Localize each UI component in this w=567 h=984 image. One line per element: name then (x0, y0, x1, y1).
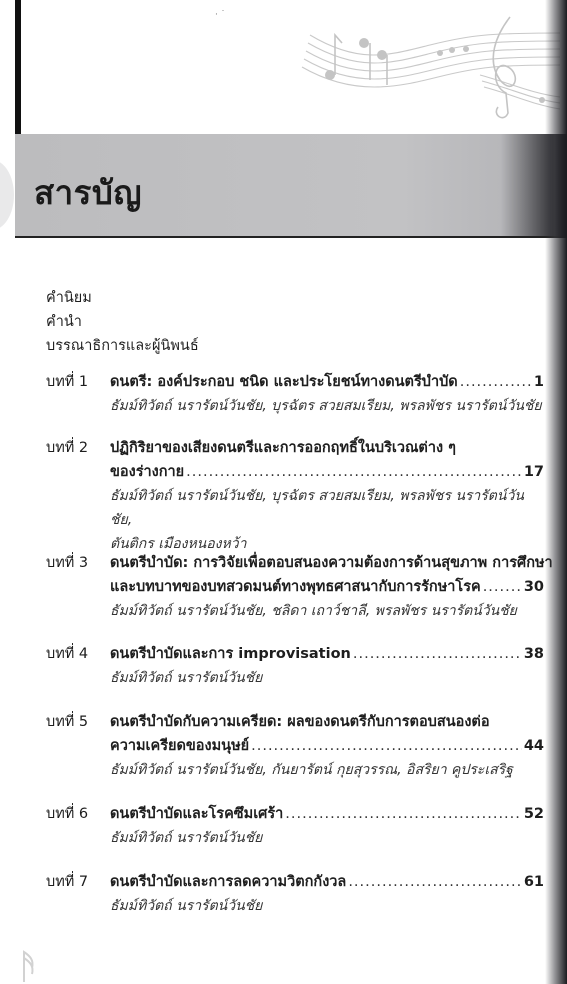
chapter-title: ดนตรีบำบัดและการ improvisation .........… (110, 642, 544, 666)
table-of-contents: คำนิยม คำนำ บรรณาธิการและผู้นิพนธ์ บทที่… (46, 286, 546, 358)
chapter-authors: ธัมม์ทิวัตถ์ นรารัตน์วันชัย (110, 826, 544, 850)
page-number: 61 (524, 870, 544, 894)
chapter-title-cont: ความเครียดของมนุษย์ ....................… (110, 734, 544, 758)
toc-item-editors[interactable]: บรรณาธิการและผู้นิพนธ์ (46, 334, 546, 358)
chapter-label: บทที่ 4 (46, 642, 88, 666)
chapter-title-cont: และบทบาทของบทสวดมนต์ทางพุทธศาสนากับการรั… (110, 575, 544, 599)
music-note-icon (14, 948, 44, 984)
toc-item-preface[interactable]: คำนำ (46, 310, 546, 334)
dot-leader: ........................................… (348, 870, 522, 894)
chapter-label: บทที่ 2 (46, 436, 88, 460)
chapter-title: ดนตรีบำบัด: การวิจัยเพื่อตอบสนองความต้อง… (110, 551, 544, 575)
chapter-authors: ธัมม์ทิวัตถ์ นรารัตน์วันชัย (110, 894, 544, 918)
decorative-circle (0, 160, 14, 230)
chapter-title-cont: ของร่างกาย .............................… (110, 460, 544, 484)
toc-item-foreword[interactable]: คำนิยม (46, 286, 546, 310)
chapter-authors: ธัมม์ทิวัตถ์ นรารัตน์วันชัย, บุรฉัตร สวย… (110, 394, 544, 418)
chapter-authors: ธัมม์ทิวัตถ์ นรารัตน์วันชัย, บุรฉัตร สวย… (110, 484, 544, 532)
page-gutter-shadow (545, 0, 567, 984)
dot-leader: ........................................… (186, 460, 522, 484)
page-title: สารบัญ (34, 166, 142, 219)
chapter-label: บทที่ 1 (46, 370, 88, 394)
page-number: 1 (534, 370, 544, 394)
chapter-title: ดนตรี: องค์ประกอบ ชนิด และประโยชน์ทางดนต… (110, 370, 544, 394)
page-number: 17 (524, 460, 544, 484)
page-number: 30 (524, 575, 544, 599)
chapter-title: ดนตรีบำบัดและโรคซึมเศร้า ...............… (110, 802, 544, 826)
page-number: 44 (524, 734, 544, 758)
chapter-label: บทที่ 3 (46, 551, 88, 575)
dot-leader: ........................................… (353, 642, 522, 666)
dot-leader: ........................................… (285, 802, 522, 826)
chapter-authors: ธัมม์ทิวัตถ์ นรารัตน์วันชัย, ชลิดา เถาว์… (110, 599, 544, 623)
dot-leader: ........................................… (251, 734, 522, 758)
chapter-label: บทที่ 5 (46, 710, 88, 734)
chapter-title: ดนตรีบำบัดกับความเครียด: ผลของดนตรีกับกา… (110, 710, 544, 734)
chapter-authors: ธัมม์ทิวัตถ์ นรารัตน์วันชัย (110, 666, 544, 690)
scan-specks: · ˙ (215, 10, 225, 20)
page-number: 38 (524, 642, 544, 666)
dot-leader: ........................................… (460, 370, 532, 394)
chapter-title: ปฏิกิริยาของเสียงดนตรีและการออกฤทธิ์ในบร… (110, 436, 544, 460)
chapter-authors: ธัมม์ทิวัตถ์ นรารัตน์วันชัย, กันยารัตน์ … (110, 758, 544, 782)
chapter-label: บทที่ 7 (46, 870, 88, 894)
chapter-label: บทที่ 6 (46, 802, 88, 826)
dot-leader: ........................................… (483, 575, 522, 599)
chapter-title: ดนตรีบำบัดและการลดความวิตกกังวล ........… (110, 870, 544, 894)
music-staff-icon (300, 5, 560, 130)
page-number: 52 (524, 802, 544, 826)
